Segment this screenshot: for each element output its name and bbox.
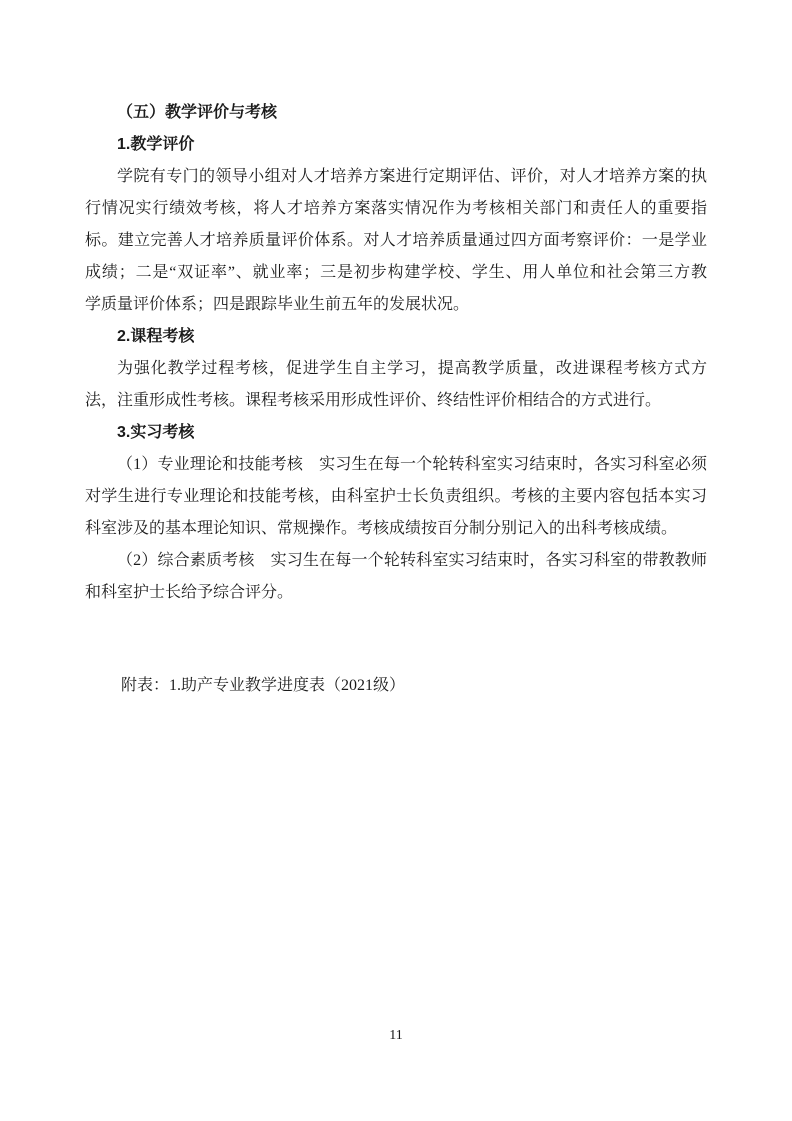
- subsection-heading-2: 2.课程考核: [85, 321, 707, 353]
- appendix-note: 附表：1.助产专业教学进度表（2021级）: [85, 670, 707, 702]
- para1-line3: 标。建立完善人才培养质量评价体系。对人才培养质量通过四方面考察评价：一是学业: [85, 225, 707, 257]
- document-body: （五）教学评价与考核 1.教学评价 学院有专门的领导小组对人才培养方案进行定期评…: [85, 97, 707, 702]
- subsection-heading-1: 1.教学评价: [85, 129, 707, 161]
- para1-line5: 学质量评价体系；四是跟踪毕业生前五年的发展状况。: [85, 289, 707, 321]
- page-number: 11: [0, 1026, 792, 1046]
- para3-line2: 对学生进行专业理论和技能考核，由科室护士长负责组织。考核的主要内容包括本实习: [85, 481, 707, 513]
- para4-line1: （2）综合素质考核 实习生在每一个轮转科室实习结束时，各实习科室的带教教师: [85, 545, 707, 577]
- para1-line4: 成绩；二是“双证率”、就业率；三是初步构建学校、学生、用人单位和社会第三方教: [85, 257, 707, 289]
- para2-line1: 为强化教学过程考核，促进学生自主学习，提高教学质量，改进课程考核方式方: [85, 353, 707, 385]
- para3-line1: （1）专业理论和技能考核 实习生在每一个轮转科室实习结束时，各实习科室必须: [85, 449, 707, 481]
- para1-line2: 行情况实行绩效考核，将人才培养方案落实情况作为考核相关部门和责任人的重要指: [85, 193, 707, 225]
- document-page: （五）教学评价与考核 1.教学评价 学院有专门的领导小组对人才培养方案进行定期评…: [0, 0, 792, 1121]
- para1-line1: 学院有专门的领导小组对人才培养方案进行定期评估、评价，对人才培养方案的执: [85, 161, 707, 193]
- para3-line3: 科室涉及的基本理论知识、常规操作。考核成绩按百分制分别记入的出科考核成绩。: [85, 513, 707, 545]
- section-heading: （五）教学评价与考核: [85, 97, 707, 129]
- para2-line2: 法，注重形成性考核。课程考核采用形成性评价、终结性评价相结合的方式进行。: [85, 385, 707, 417]
- para4-line2: 和科室护士长给予综合评分。: [85, 577, 707, 609]
- subsection-heading-3: 3.实习考核: [85, 417, 707, 449]
